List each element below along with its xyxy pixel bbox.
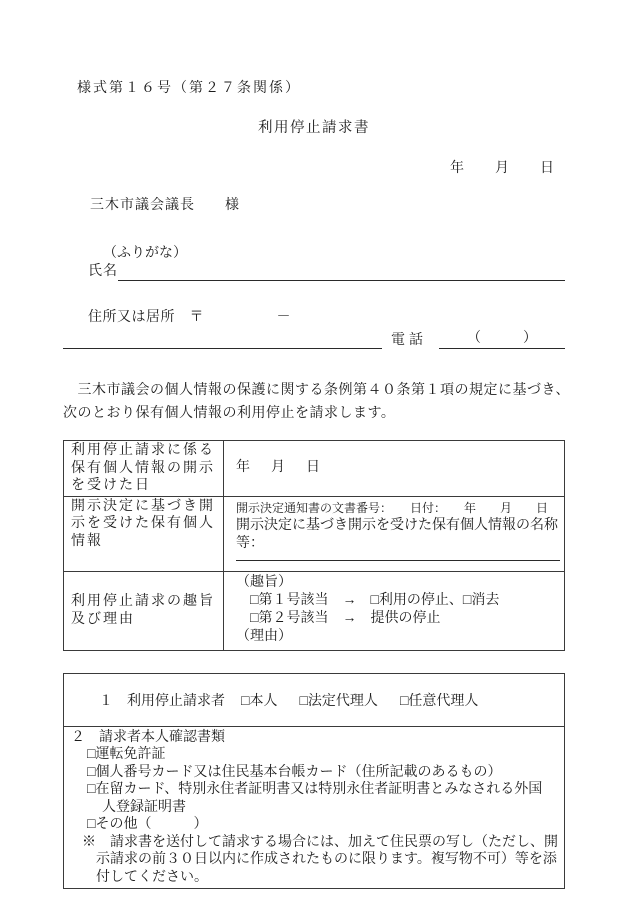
purpose-reason-header: 利用停止請求の趣旨 及び理由 [64,571,224,650]
disclosure-date-header: 利用停止請求に係る 保有個人情報の開示 を受けた日 [64,441,224,497]
header-line: 保有個人情報の開示 [71,460,216,478]
write-in-underline [236,560,560,561]
phone-label: 電話 [382,332,439,349]
intro-paragraph: 三木市議会の個人情報の保護に関する条例第４０条第１項の規定に基づき、 次のとおり… [63,379,565,425]
header-line: 開示決定に基づき開 [71,498,216,516]
phone-number-underline: （ ） [439,330,565,349]
address-row: 住所又は居所 〒 － [63,309,565,326]
header-line: 及び理由 [71,611,216,629]
checkbox-residence-card: □在留カード、特別永住者証明書又は特別永住者証明書とみなされる外国 [71,781,560,799]
note-line-1: ※ 請求書を送付して請求する場合には、加えて住民票の写し（ただし、開 [71,834,560,852]
address-underline [63,330,382,349]
info-name-cont-line: 等： [236,535,562,553]
note-line-2: 示請求の前３０日以内に作成されたものに限ります。複写物不可）等を添 [71,851,560,869]
page-title: 利用停止請求書 [63,119,565,137]
name-row: 氏名 [63,262,565,281]
form-number: 様式第１６号（第２７条関係） [63,0,565,97]
requester-table: １利用停止請求者□本人□法定代理人□任意代理人 ２請求者本人確認書類 □運転免許… [63,673,565,890]
name-label: 氏名 [88,263,118,281]
furigana-label: （ふりがな） [63,245,565,262]
item-number-1: １ [99,690,113,710]
disclosed-info-row: 開示決定に基づき開 示を受けた保有個人 情報 開示決定通知書の文書番号： 日付：… [64,496,565,571]
item-number-2: ２ [71,729,85,747]
intro-line-1: 三木市議会の個人情報の保護に関する条例第４０条第１項の規定に基づき、 [63,379,565,402]
doc-number-line: 開示決定通知書の文書番号： 日付： 年 月 日 [236,499,562,517]
id-documents-title: 請求者本人確認書類 [99,730,225,745]
purpose-reason-row: 利用停止請求の趣旨 及び理由 （趣旨） □第１号該当 → □利用の停止、□消去 … [64,571,565,650]
disclosure-date-row: 利用停止請求に係る 保有個人情報の開示 を受けた日 年 月 日 [64,441,565,497]
checkbox-legal-representative: □法定代理人 [299,694,377,709]
id-documents-cell: ２請求者本人確認書類 □運転免許証 □個人番号カード又は住民基本台帳カード（住所… [64,726,565,889]
id-documents-title-line: ２請求者本人確認書類 [71,729,560,747]
phone-row: 電話 （ ） [63,331,565,349]
id-documents-row: ２請求者本人確認書類 □運転免許証 □個人番号カード又は住民基本台帳カード（住所… [64,726,565,889]
name-underline [118,262,565,281]
checkbox-self: □本人 [241,694,277,709]
checkbox-my-number-card: □個人番号カード又は住民基本台帳カード（住所記載のあるもの） [71,764,560,782]
checkbox-voluntary-representative: □任意代理人 [400,694,478,709]
checkbox-other: □その他（ ） [71,816,560,834]
intro-line-2: 次のとおり保有個人情報の利用停止を請求します。 [63,402,565,425]
info-name-line: 開示決定に基づき開示を受けた保有個人情報の名称 [236,517,562,535]
requester-row: １利用停止請求者□本人□法定代理人□任意代理人 [64,673,565,726]
disclosure-date-value: 年 月 日 [224,441,565,497]
header-line: 利用停止請求に係る [71,442,216,460]
header-line: を受けた日 [71,477,216,495]
purpose-heading: （趣旨） [236,574,562,592]
checkbox-residence-card-continued: 人登録証明書 [71,799,560,817]
header-line: 情報 [71,533,216,551]
header-line: 示を受けた保有個人 [71,515,216,533]
checkbox-drivers-license: □運転免許証 [71,746,560,764]
disclosure-table: 利用停止請求に係る 保有個人情報の開示 を受けた日 年 月 日 開示決定に基づき… [63,440,565,651]
disclosed-info-header: 開示決定に基づき開 示を受けた保有個人 情報 [64,496,224,571]
purpose-option-1-checkbox-line: □第１号該当 → □利用の停止、□消去 [236,592,562,610]
date-line: 年 月 日 [63,160,565,177]
requester-cell: １利用停止請求者□本人□法定代理人□任意代理人 [64,673,565,726]
disclosed-info-value: 開示決定通知書の文書番号： 日付： 年 月 日 開示決定に基づき開示を受けた保有… [224,496,565,571]
document-page: 様式第１６号（第２７条関係） 利用停止請求書 年 月 日 三木市議会議長 様 （… [0,0,630,903]
requester-label: 利用停止請求者 [127,694,225,709]
purpose-option-2-checkbox-line: □第２号該当 → 提供の停止 [236,610,562,628]
addressee: 三木市議会議長 様 [63,197,565,214]
header-line: 利用停止請求の趣旨 [71,593,216,611]
purpose-reason-value: （趣旨） □第１号該当 → □利用の停止、□消去 □第２号該当 → 提供の停止 … [224,571,565,650]
note-line-3: 付してください。 [71,869,560,887]
reason-heading: （理由） [236,628,562,646]
